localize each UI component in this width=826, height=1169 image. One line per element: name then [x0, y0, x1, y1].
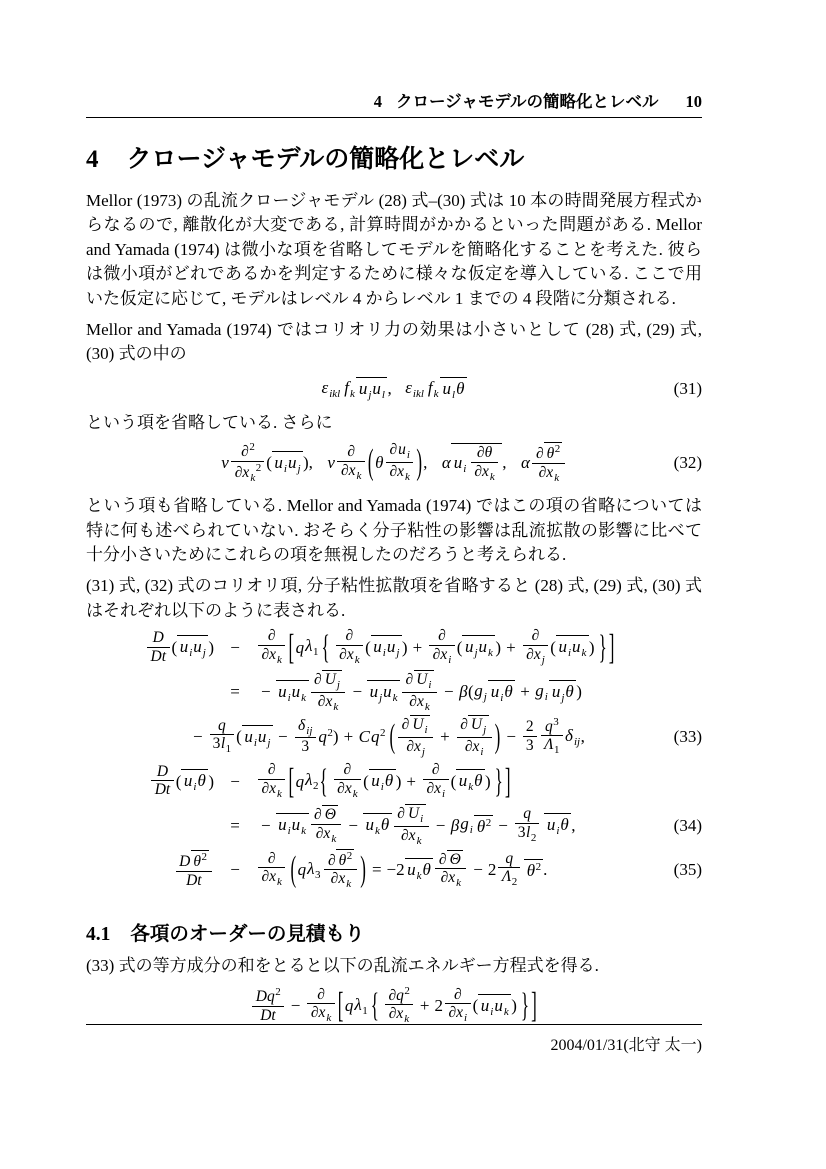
paragraph-intro: Mellor (1973) の乱流クロージャモデル (28) 式–(30) 式は…: [86, 189, 702, 311]
equation-continuation: −q3l1(uiuj−δij3q2)+Cq2(∂Ui∂xj+∂Uj∂xi)−23…: [188, 715, 589, 759]
paragraph-simplified-equations: (31) 式, (32) 式のコリオリ項, 分子粘性拡散項を省略すると (28)…: [86, 574, 702, 623]
equation-31: εiklfkujul,εiklfkulθ (31): [86, 374, 702, 404]
equation-rhs: −uiuk∂Uj∂xk−ujuk∂Ui∂xk−β(gjuiθ+giujθ): [256, 670, 582, 714]
paragraph-coriolis: Mellor and Yamada (1974) ではコリオリ力の効果は小さいと…: [86, 318, 702, 367]
equation-number: (33): [674, 727, 702, 747]
equation-rhs: ∂∂xk[qλ1{∂∂xk(uiuj)+∂∂xi(ujuk)+∂∂xj(uiuk…: [256, 628, 615, 667]
equation-lhs: DDt(uiθ): [86, 764, 214, 799]
equation-row: −q3l1(uiuj−δij3q2)+Cq2(∂Ui∂xj+∂Uj∂xi)−23…: [86, 715, 702, 759]
equation-relation: =: [214, 816, 256, 836]
equation-row: DDt(uiuj)−∂∂xk[qλ1{∂∂xk(uiuj)+∂∂xi(ujuk)…: [86, 626, 702, 669]
equation-31-math: εiklfkujul,εiklfkulθ: [321, 377, 467, 402]
running-head-section-title: クロージャモデルの簡略化とレベル: [396, 92, 659, 112]
equation-row: DDt(uiθ)−∂∂xk[qλ2{∂∂xk(uiθ)+∂∂xi(ukθ)}]: [86, 760, 702, 803]
equation-energy-math: Dq2Dt−∂∂xk[qλ1{∂q2∂xk+2∂∂xi(uiuk)}]: [250, 986, 537, 1027]
page-number: 10: [686, 92, 703, 112]
section-number: 4: [86, 145, 99, 175]
equation-32: ν∂2∂xk2(uiuj),ν∂∂xk(θ∂ui∂xk),αui∂θ∂xk,α∂…: [86, 439, 702, 487]
equation-lhs: DDt(uiuj): [86, 630, 214, 665]
paragraph-energy-equation: (33) 式の等方成分の和をとると以下の乱流エネルギー方程式を得る.: [86, 954, 702, 978]
equation-number: (35): [674, 860, 702, 880]
running-head: 4 クロージャモデルの簡略化とレベル 10: [86, 92, 702, 118]
equation-number: (34): [674, 816, 702, 836]
section-title: クロージャモデルの簡略化とレベル: [127, 145, 525, 175]
section-heading: 4 クロージャモデルの簡略化とレベル: [86, 145, 702, 175]
equation-relation: =: [214, 682, 256, 702]
equation-32-number: (32): [674, 453, 702, 473]
footer-date-author: 2004/01/31(北守 太一): [550, 1037, 702, 1054]
page-content: 4 クロージャモデルの簡略化とレベル 10 4 クロージャモデルの簡略化とレベル…: [86, 0, 702, 1034]
equation-row: Dθ2Dt−∂∂xk(qλ3∂θ2∂xk)=−2ukθ∂Θ∂xk−2qΛ2θ2.…: [86, 849, 702, 892]
running-head-section-number: 4: [374, 92, 382, 112]
equation-31-number: (31): [674, 379, 702, 399]
paragraph-molecular-viscosity: という項も省略している. Mellor and Yamada (1974) では…: [86, 494, 702, 567]
equation-relation: −: [214, 772, 256, 792]
equation-energy: Dq2Dt−∂∂xk[qλ1{∂q2∂xk+2∂∂xi(uiuk)}]: [86, 982, 702, 1030]
equation-relation: −: [214, 860, 256, 880]
equation-rhs: ∂∂xk(qλ3∂θ2∂xk)=−2ukθ∂Θ∂xk−2qΛ2θ2.: [256, 849, 551, 892]
page-footer: 2004/01/31(北守 太一): [86, 1024, 702, 1055]
paragraph-omitted-terms: という項を省略している. さらに: [86, 411, 702, 435]
subsection-number: 4.1: [86, 922, 110, 947]
equation-align-block: DDt(uiuj)−∂∂xk[qλ1{∂∂xk(uiuj)+∂∂xi(ujuk)…: [86, 626, 702, 891]
equation-lhs: Dθ2Dt: [86, 850, 214, 889]
page: { "colors":{"background":"#ffffff","text…: [0, 0, 826, 1169]
equation-rhs: −uiuk∂Θ∂xk−ukθ∂Ui∂xk−βgiθ2−q3l2uiθ,: [256, 804, 580, 848]
subsection-title: 各項のオーダーの見積もり: [130, 922, 364, 947]
equation-relation: −: [214, 638, 256, 658]
equation-row: =−uiuk∂Uj∂xk−ujuk∂Ui∂xk−β(gjuiθ+giujθ): [86, 670, 702, 714]
equation-32-math: ν∂2∂xk2(uiuj),ν∂∂xk(θ∂ui∂xk),αui∂θ∂xk,α∂…: [221, 442, 568, 485]
equation-rhs: ∂∂xk[qλ2{∂∂xk(uiθ)+∂∂xi(ukθ)}]: [256, 762, 512, 801]
subsection-heading: 4.1 各項のオーダーの見積もり: [86, 922, 702, 947]
equation-row: =−uiuk∂Θ∂xk−ukθ∂Ui∂xk−βgiθ2−q3l2uiθ,(34): [86, 804, 702, 848]
